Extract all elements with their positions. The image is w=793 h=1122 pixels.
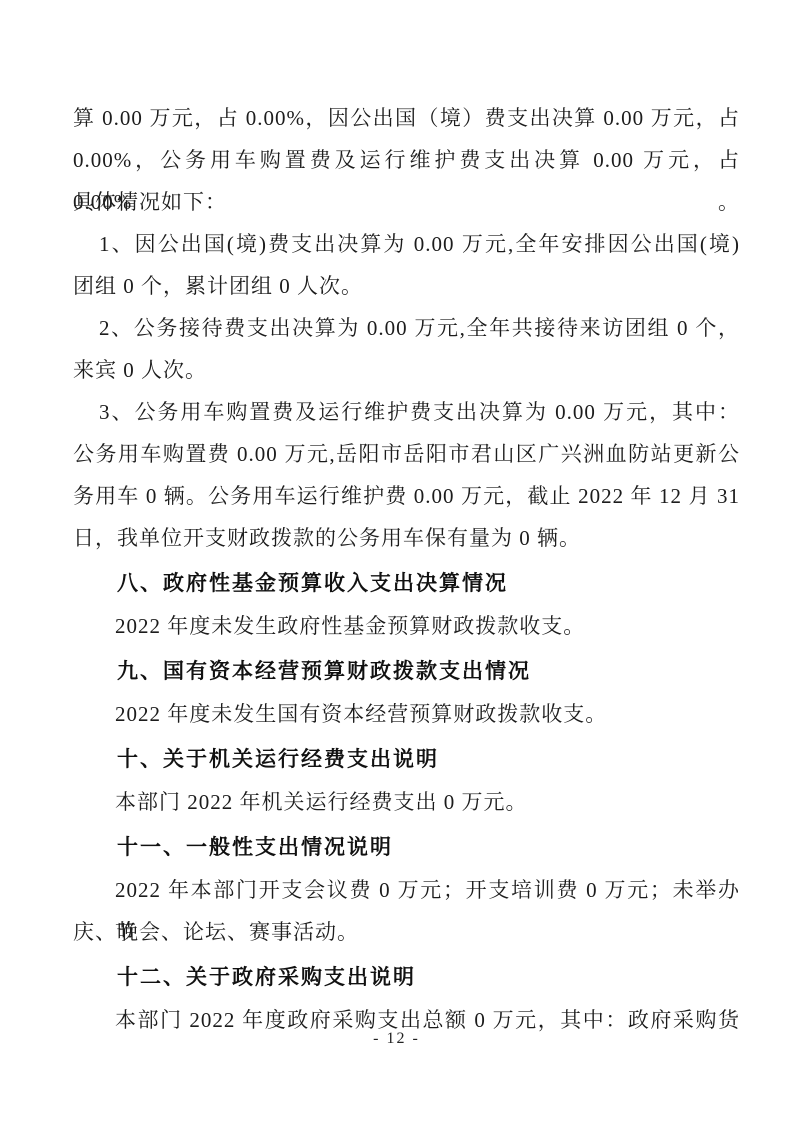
text-line: 务用车 0 辆。公务用车运行维护费 0.00 万元，截止 2022 年 12 月… (73, 475, 740, 517)
text-line: 公务用车购置费 0.00 万元,岳阳市岳阳市君山区广兴洲血防站更新公 (73, 433, 740, 475)
document-page: 算 0.00 万元，占 0.00%，因公出国（境）费支出决算 0.00 万元，占… (0, 0, 793, 1122)
section-heading-line: 十一、一般性支出情况说明 (73, 827, 740, 869)
text-line: 2022 年本部门开支会议费 0 万元；开支培训费 0 万元；未举办节 (73, 869, 740, 911)
section-heading-line: 八、政府性基金预算收入支出决算情况 (73, 563, 740, 605)
text-line: 本部门 2022 年机关运行经费支出 0 万元。 (73, 781, 740, 823)
text-line: 0.00%，公务用车购置费及运行维护费支出决算 0.00 万元，占 0.00%。 (73, 139, 740, 181)
text-line: 2022 年度未发生国有资本经营预算财政拨款收支。 (73, 693, 740, 735)
text-line: 算 0.00 万元，占 0.00%，因公出国（境）费支出决算 0.00 万元，占 (73, 97, 740, 139)
text-line: 2022 年度未发生政府性基金预算财政拨款收支。 (73, 605, 740, 647)
text-line: 来宾 0 人次。 (73, 349, 740, 391)
text-line: 日，我单位开支财政拨款的公务用车保有量为 0 辆。 (73, 517, 740, 559)
document-body: 算 0.00 万元，占 0.00%，因公出国（境）费支出决算 0.00 万元，占… (73, 97, 740, 1041)
text-line: 1、因公出国(境)费支出决算为 0.00 万元,全年安排因公出国(境) (73, 223, 740, 265)
text-line: 3、公务用车购置费及运行维护费支出决算为 0.00 万元，其中： (73, 391, 740, 433)
section-heading-line: 九、国有资本经营预算财政拨款支出情况 (73, 651, 740, 693)
page-number: - 12 - (0, 1030, 793, 1048)
text-line: 2、公务接待费支出决算为 0.00 万元,全年共接待来访团组 0 个， (73, 307, 740, 349)
text-line: 团组 0 个，累计团组 0 人次。 (73, 265, 740, 307)
section-heading-line: 十、关于机关运行经费支出说明 (73, 739, 740, 781)
text-line: 庆、晚会、论坛、赛事活动。 (73, 911, 740, 953)
section-heading-line: 十二、关于政府采购支出说明 (73, 957, 740, 999)
